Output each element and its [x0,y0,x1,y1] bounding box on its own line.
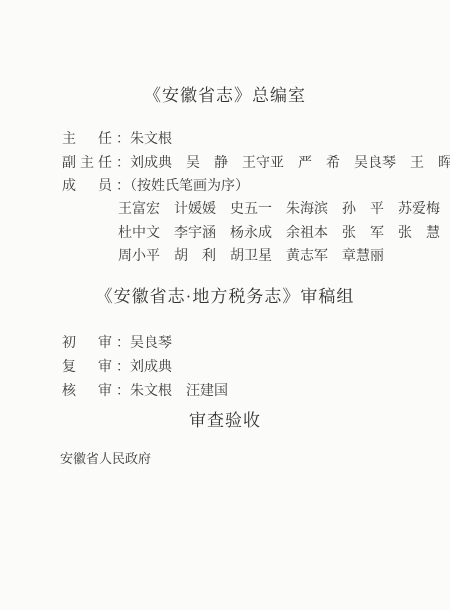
row-label: 初 审 [62,336,116,351]
row-colon: ： [116,132,130,147]
row-content: 杜中文 李宇涵 杨永成 余祖本 张 军 张 慧 [118,226,440,241]
row-final-review: 核 审：朱文根 汪建国 [62,384,228,400]
row-colon: ： [116,384,130,399]
row-content: 朱文根 [130,132,172,147]
row-members-1: 王富宏 计媛媛 史五一 朱海滨 孙 平 苏爱梅 [118,202,440,218]
row-colon: ： [116,336,130,351]
section1-title: 《安徽省志》总编室 [0,86,450,106]
row-content: （按姓氏笔画为序） [130,179,249,194]
document-page: 《安徽省志》总编室 主 任：朱文根 副主任：刘成典 吴 静 王守亚 严 希 吴良… [0,0,450,610]
row-first-review: 初 审：吴良琴 [62,336,172,352]
row-members-2: 杜中文 李宇涵 杨永成 余祖本 张 军 张 慧 [118,226,440,242]
row-colon: ： [116,156,130,171]
row-colon: ： [116,360,130,375]
row-content: 朱文根 汪建国 [130,384,228,399]
row-director: 主 任：朱文根 [62,132,172,148]
row-members-3: 周小平 胡 利 胡卫星 黄志军 章慧丽 [118,249,384,265]
row-content: 安徽省人民政府 [60,451,151,466]
row-label: 主 任 [62,132,116,147]
row-content: 周小平 胡 利 胡卫星 黄志军 章慧丽 [118,249,384,264]
row-label: 成 员 [62,179,116,194]
section2-title: 《安徽省志·地方税务志》审稿组 [0,287,450,307]
row-content: 王富宏 计媛媛 史五一 朱海滨 孙 平 苏爱梅 [118,202,440,217]
row-colon: ： [116,179,130,194]
row-label: 核 审 [62,384,116,399]
row-members-header: 成 员：（按姓氏笔画为序） [62,179,249,195]
row-second-review: 复 审：刘成典 [62,360,172,376]
row-content: 刘成典 [130,360,172,375]
row-content: 刘成典 吴 静 王守亚 严 希 吴良琴 王 晖 [130,156,450,171]
row-acceptance-authority: 安徽省人民政府 [60,451,151,466]
row-content: 吴良琴 [130,336,172,351]
section3-title: 审查验收 [0,411,450,431]
row-label: 复 审 [62,360,116,375]
row-label: 副主任 [62,156,116,171]
row-deputy-directors: 副主任：刘成典 吴 静 王守亚 严 希 吴良琴 王 晖 [62,156,450,172]
